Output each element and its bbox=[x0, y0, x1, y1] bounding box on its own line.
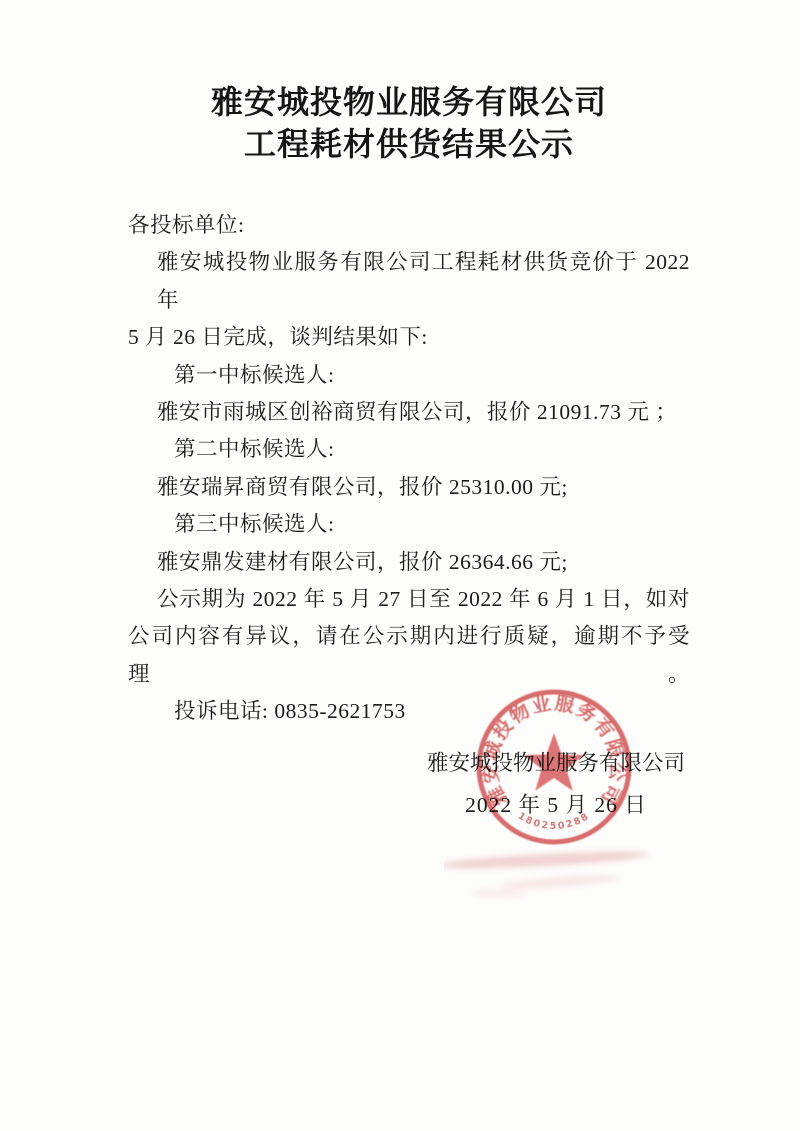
candidate-3-detail: 雅安鼎发建材有限公司，报价 26364.66 元; bbox=[128, 544, 690, 581]
signature-block: 雅安城投物业服务有限公司 2022 年 5 月 26 日 bbox=[403, 748, 709, 820]
intro-line-2: 5 月 26 日完成，谈判结果如下: bbox=[128, 319, 690, 356]
document-body: 各投标单位: 雅安城投物业服务有限公司工程耗材供货竞价于 2022 年 5 月 … bbox=[128, 207, 690, 731]
document-page: 雅安城投物业服务有限公司 工程耗材供货结果公示 各投标单位: 雅安城投物业服务有… bbox=[0, 0, 800, 1131]
document-title: 雅安城投物业服务有限公司 工程耗材供货结果公示 bbox=[128, 81, 690, 165]
intro-line-1: 雅安城投物业服务有限公司工程耗材供货竞价于 2022 年 bbox=[128, 244, 690, 319]
signature-date: 2022 年 5 月 26 日 bbox=[403, 790, 709, 820]
candidate-2-detail: 雅安瑞昇商贸有限公司，报价 25310.00 元; bbox=[128, 469, 690, 506]
signature-company: 雅安城投物业服务有限公司 bbox=[403, 748, 709, 778]
candidate-1-label: 第一中标候选人: bbox=[128, 357, 690, 394]
title-line-2: 工程耗材供货结果公示 bbox=[128, 123, 690, 165]
notice-line-1: 公示期为 2022 年 5 月 27 日至 2022 年 6 月 1 日，如对 bbox=[128, 581, 690, 618]
candidate-1-detail: 雅安市雨城区创裕商贸有限公司，报价 21091.73 元 ； bbox=[128, 394, 690, 431]
title-line-1: 雅安城投物业服务有限公司 bbox=[128, 81, 690, 123]
complaint-phone-line: 投诉电话: 0835-2621753 bbox=[128, 693, 690, 730]
notice-line-2: 公司内容有异议，请在公示期内进行质疑，逾期不予受理。 bbox=[128, 618, 690, 693]
seal-smudge bbox=[471, 889, 527, 897]
seal-smudge bbox=[499, 873, 619, 891]
candidate-3-label: 第三中标候选人: bbox=[128, 506, 690, 543]
seal-smudge bbox=[444, 849, 649, 872]
candidate-2-label: 第二中标候选人: bbox=[128, 431, 690, 468]
addressee-line: 各投标单位: bbox=[128, 207, 690, 244]
